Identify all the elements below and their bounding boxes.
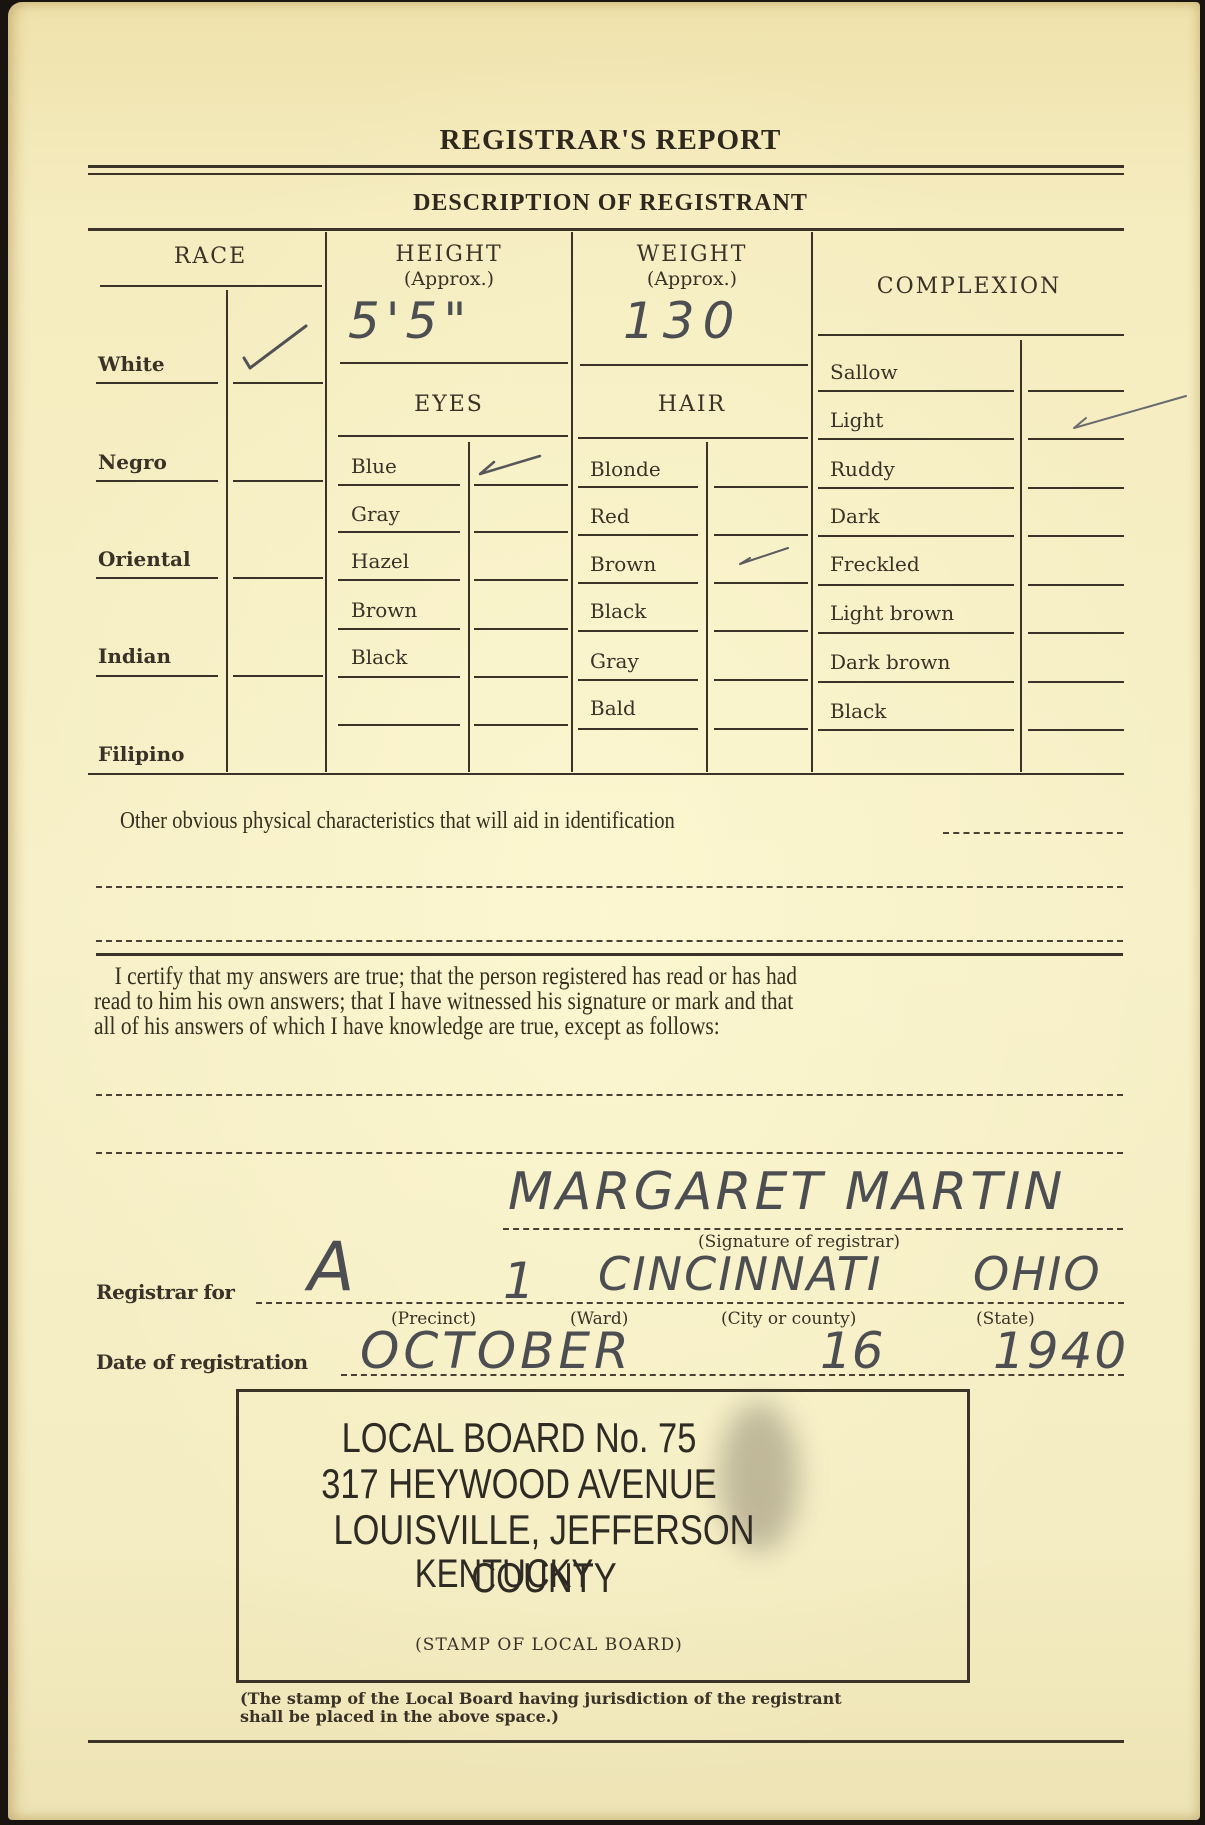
footnote-line-2: shall be placed in the above space.) xyxy=(240,1708,842,1726)
other-characteristics-field[interactable] xyxy=(943,832,1123,834)
stamp-line-4: KENTUCKY xyxy=(287,1552,722,1597)
hair-option-brown[interactable]: Brown xyxy=(590,552,656,576)
complexion-option-black[interactable]: Black xyxy=(830,699,886,723)
eyes-header: EYES xyxy=(328,392,570,417)
table-top-rule xyxy=(88,228,1124,231)
hair-rule xyxy=(578,728,698,730)
complexion-rule xyxy=(818,487,1014,489)
eyes-check-rule xyxy=(474,628,568,630)
other-characteristics-line-3[interactable] xyxy=(96,940,1123,942)
section-title: DESCRIPTION OF REGISTRANT xyxy=(8,190,1205,217)
race-option-oriental[interactable]: Oriental xyxy=(98,547,191,571)
race-rule xyxy=(96,382,218,384)
eyes-check-rule xyxy=(474,676,568,678)
state-value[interactable]: OHIO xyxy=(973,1247,1102,1301)
col-divider-race xyxy=(325,232,327,772)
local-board-stamp-box: LOCAL BOARD No. 75 317 HEYWOOD AVENUE LO… xyxy=(236,1389,970,1683)
complexion-rule xyxy=(818,729,1014,731)
eyes-option-brown[interactable]: Brown xyxy=(351,598,417,622)
eyes-rule xyxy=(338,579,460,581)
height-header: HEIGHT xyxy=(328,242,570,267)
hair-header-rule xyxy=(578,437,808,439)
eyes-rule xyxy=(338,724,460,726)
hair-check-rule xyxy=(714,534,808,536)
hair-check-rule xyxy=(714,728,808,730)
race-rule xyxy=(233,577,323,579)
race-option-white[interactable]: White xyxy=(98,352,165,376)
eyes-rule xyxy=(338,484,460,486)
city-value[interactable]: CINCINNATI xyxy=(598,1247,882,1301)
complexion-header: COMPLEXION xyxy=(814,274,1124,299)
date-month-value[interactable]: OCTOBER xyxy=(360,1322,633,1380)
eyes-option-black[interactable]: Black xyxy=(351,645,407,669)
col-divider-hair-check xyxy=(706,442,708,772)
height-value[interactable]: 5'5" xyxy=(348,292,472,350)
race-rule xyxy=(96,675,218,677)
eyes-check-rule xyxy=(474,484,568,486)
report-title: REGISTRAR'S REPORT xyxy=(8,124,1205,157)
hair-check-rule xyxy=(714,486,808,488)
eyes-check-rule xyxy=(474,724,568,726)
hair-header: HAIR xyxy=(574,392,810,417)
section-rule xyxy=(96,953,1123,956)
hair-rule xyxy=(578,630,698,632)
footnote-line-1: (The stamp of the Local Board having jur… xyxy=(240,1690,842,1708)
race-rule xyxy=(233,675,323,677)
hair-option-bald[interactable]: Bald xyxy=(590,696,636,720)
weight-header: WEIGHT xyxy=(574,242,810,267)
stamp-line-1: LOCAL BOARD No. 75 xyxy=(289,1414,748,1462)
race-header-rule xyxy=(100,285,322,287)
race-header: RACE xyxy=(98,244,323,269)
stamp-line-2: 317 HEYWOOD AVENUE xyxy=(289,1460,748,1508)
hair-rule xyxy=(578,582,698,584)
race-rule xyxy=(96,577,218,579)
weight-rule xyxy=(580,364,808,366)
registrar-signature[interactable]: MARGARET MARTIN xyxy=(508,1162,1065,1222)
col-divider-complexion-check xyxy=(1020,340,1022,772)
height-rule xyxy=(340,362,568,364)
complexion-option-ruddy[interactable]: Ruddy xyxy=(830,457,895,481)
race-option-filipino[interactable]: Filipino xyxy=(98,742,184,766)
eyes-rule xyxy=(338,628,460,630)
col-divider-race-check xyxy=(226,290,228,772)
ward-value[interactable]: 1 xyxy=(503,1252,535,1310)
race-option-negro[interactable]: Negro xyxy=(98,450,167,474)
date-year-value[interactable]: 1940 xyxy=(993,1322,1128,1380)
hair-brown-checkmark-icon xyxy=(736,544,796,570)
complexion-rule xyxy=(818,632,1014,634)
certification-line-2: read to him his own answers; that I have… xyxy=(94,989,1126,1014)
exceptions-line-2[interactable] xyxy=(96,1152,1123,1154)
date-of-registration-label: Date of registration xyxy=(96,1350,308,1374)
title-rule-1 xyxy=(88,165,1124,168)
complexion-rule xyxy=(818,584,1014,586)
eyes-option-hazel[interactable]: Hazel xyxy=(351,549,409,573)
race-white-checkmark-icon xyxy=(240,320,320,372)
hair-option-gray[interactable]: Gray xyxy=(590,649,639,673)
hair-rule xyxy=(578,534,698,536)
weight-subheader: (Approx.) xyxy=(574,268,810,290)
other-characteristics-label: Other obvious physical characteristics t… xyxy=(120,808,675,835)
registration-card: REGISTRAR'S REPORT DESCRIPTION OF REGIST… xyxy=(8,2,1200,1820)
date-day-value[interactable]: 16 xyxy=(820,1322,884,1380)
eyes-blue-checkmark-icon xyxy=(476,450,546,478)
stamp-caption: (STAMP OF LOCAL BOARD) xyxy=(239,1635,859,1655)
registrar-for-label: Registrar for xyxy=(96,1280,234,1304)
registrar-for-line xyxy=(256,1302,1124,1304)
hair-check-rule xyxy=(714,679,808,681)
complexion-check-rule xyxy=(1028,632,1124,634)
hair-option-black[interactable]: Black xyxy=(590,599,646,623)
signature-line xyxy=(503,1228,1123,1230)
height-subheader: (Approx.) xyxy=(328,268,570,290)
exceptions-line-1[interactable] xyxy=(96,1094,1123,1096)
complexion-check-rule xyxy=(1028,584,1124,586)
complexion-header-rule xyxy=(818,334,1124,336)
weight-value[interactable]: 130 xyxy=(623,292,742,350)
complexion-check-rule xyxy=(1028,681,1124,683)
table-bottom-rule xyxy=(88,773,1124,775)
col-divider-weight xyxy=(811,232,813,772)
certification-line-1: I certify that my answers are true; that… xyxy=(94,964,1126,989)
complexion-check-rule xyxy=(1028,487,1124,489)
bottom-rule xyxy=(88,1740,1124,1743)
precinct-value[interactable]: A xyxy=(308,1228,355,1307)
eyes-check-rule xyxy=(474,531,568,533)
eyes-rule xyxy=(338,676,460,678)
complexion-rule xyxy=(818,535,1014,537)
complexion-rule xyxy=(818,390,1014,392)
complexion-rule xyxy=(818,681,1014,683)
eyes-option-blue[interactable]: Blue xyxy=(351,454,397,478)
complexion-light-checkmark-icon xyxy=(1066,392,1191,442)
col-divider-height xyxy=(571,232,573,772)
hair-rule xyxy=(578,486,698,488)
complexion-option-freckled[interactable]: Freckled xyxy=(830,552,920,576)
complexion-option-sallow[interactable]: Sallow xyxy=(830,360,898,384)
other-characteristics-line-2[interactable] xyxy=(96,886,1123,888)
certification-line-3: all of his answers of which I have knowl… xyxy=(94,1014,1126,1039)
eyes-check-rule xyxy=(474,579,568,581)
race-rule xyxy=(96,480,218,482)
complexion-check-rule xyxy=(1028,729,1124,731)
hair-check-rule xyxy=(714,630,808,632)
complexion-check-rule xyxy=(1028,535,1124,537)
certification-text: I certify that my answers are true; that… xyxy=(94,964,1126,1039)
footnote: (The stamp of the Local Board having jur… xyxy=(240,1690,842,1726)
eyes-option-gray[interactable]: Gray xyxy=(351,502,400,526)
col-divider-eyes-check xyxy=(468,442,470,772)
hair-check-rule xyxy=(714,582,808,584)
race-option-indian[interactable]: Indian xyxy=(98,644,171,668)
complexion-rule xyxy=(818,438,1014,440)
complexion-option-dark[interactable]: Dark xyxy=(830,504,880,528)
eyes-rule xyxy=(338,531,460,533)
race-rule xyxy=(233,480,323,482)
complexion-option-dark-brown[interactable]: Dark brown xyxy=(830,650,950,674)
hair-option-red[interactable]: Red xyxy=(590,504,630,528)
complexion-option-light-brown[interactable]: Light brown xyxy=(830,601,954,625)
hair-rule xyxy=(578,679,698,681)
complexion-option-light[interactable]: Light xyxy=(830,408,883,432)
hair-option-blonde[interactable]: Blonde xyxy=(590,457,661,481)
eyes-header-rule xyxy=(338,435,568,437)
race-rule xyxy=(233,382,323,384)
title-rule-2 xyxy=(88,173,1124,175)
